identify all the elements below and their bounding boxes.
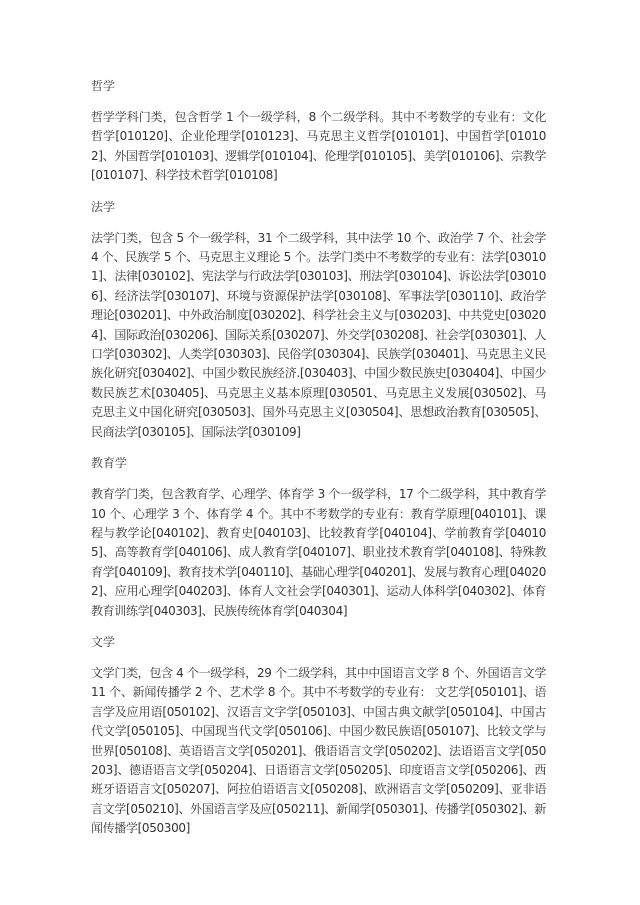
section-heading: 教育学 bbox=[91, 454, 546, 473]
section-literature: 文学 文学门类，包含 4 个一级学科，29 个二级学科，其中中国语言文学 8 个… bbox=[91, 633, 546, 839]
section-body: 哲学学科门类，包含哲学 1 个一级学科，8 个二级学科。其中不考数学的专业有：文… bbox=[91, 108, 546, 186]
section-philosophy: 哲学 哲学学科门类，包含哲学 1 个一级学科，8 个二级学科。其中不考数学的专业… bbox=[91, 77, 546, 186]
section-body: 文学门类，包含 4 个一级学科，29 个二级学科，其中中国语言文学 8 个、外国… bbox=[91, 664, 546, 839]
section-heading: 文学 bbox=[91, 633, 546, 652]
section-body: 教育学门类，包含教育学、心理学、体育学 3 个一级学科，17 个二级学科，其中教… bbox=[91, 485, 546, 621]
section-education: 教育学 教育学门类，包含教育学、心理学、体育学 3 个一级学科，17 个二级学科… bbox=[91, 454, 546, 621]
section-heading: 哲学 bbox=[91, 77, 546, 96]
document-page: 哲学 哲学学科门类，包含哲学 1 个一级学科，8 个二级学科。其中不考数学的专业… bbox=[91, 77, 546, 851]
section-heading: 法学 bbox=[91, 198, 546, 217]
section-body: 法学门类，包含 5 个一级学科，31 个二级学科，其中法学 10 个、政治学 7… bbox=[91, 229, 546, 442]
section-law: 法学 法学门类，包含 5 个一级学科，31 个二级学科，其中法学 10 个、政治… bbox=[91, 198, 546, 442]
